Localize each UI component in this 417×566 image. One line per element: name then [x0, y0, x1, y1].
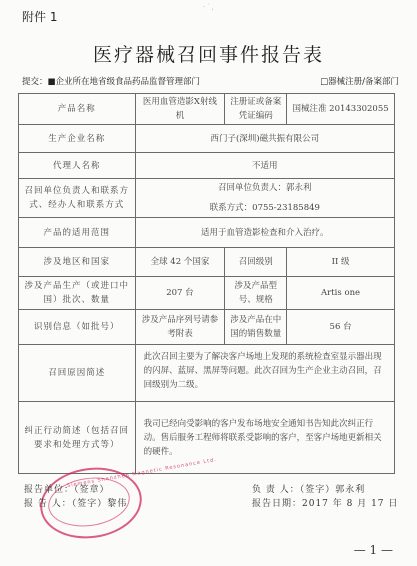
submit-provincial-option: 提交：■企业所在地省级食品药品监督管理部门: [22, 75, 200, 87]
reason-value: 此次召回主要为了解决客户场地上发现的系统检查室显示器出现的闪屏、蓝屏、黑屏等问题…: [135, 345, 394, 402]
footer-left: 报告单位：（签章） 报 告 人：（签字）黎伟: [24, 483, 127, 511]
recall-level-label: 召回级别: [225, 248, 287, 277]
china-sales-value: 56 台: [287, 310, 395, 345]
agent-value: 不适用: [135, 153, 394, 179]
model-value: Artis one: [287, 277, 395, 310]
page-number: — 1 —: [354, 543, 393, 557]
footer-right: 负 责 人：（签字）郭永利 报告日期：2017 年 8 月 17 日: [252, 483, 398, 511]
manufacturer-label: 生产企业名称: [19, 125, 136, 153]
scope-value: 适用于血管造影检查和介入治疗。: [135, 218, 394, 248]
page-title: 医疗器械召回事件报告表: [0, 40, 417, 67]
responsible-person: 负 责 人：（签字）郭永利: [252, 483, 398, 497]
ident-label: 识别信息（如批号）: [19, 310, 136, 345]
contact-label: 召回单位负责人和联系方式、经办人和联系方式: [19, 179, 136, 218]
row-agent: 代理人名称 不适用: [19, 153, 395, 179]
submit-registration-option: □器械注册/备案部门: [320, 75, 399, 87]
row-contact: 召回单位负责人和联系方式、经办人和联系方式 召回单位负责人：郭永利 联系方式：0…: [19, 179, 395, 218]
contact-value: 召回单位负责人：郭永利 联系方式：0755-23185849: [135, 179, 394, 218]
row-region: 涉及地区和国家 全球 42 个国家 召回级别 II 级: [19, 248, 395, 277]
reporter: 报 告 人：（签字）黎伟: [24, 497, 127, 511]
report-unit: 报告单位：（签章）: [24, 483, 127, 497]
product-name-value: 医用血管造影X射线机: [135, 94, 225, 125]
contact-person: 召回单位负责人：郭永利: [140, 181, 390, 195]
agent-label: 代理人名称: [19, 153, 136, 179]
ident-value: 涉及产品序列号请参考附表: [135, 310, 225, 345]
row-manufacturer: 生产企业名称 西门子(深圳)磁共振有限公司: [19, 125, 395, 153]
batch-label: 涉及产品生产（或进口中国）批次、数量: [19, 277, 136, 310]
handwritten-mark: · ˙ ,: [203, 4, 233, 34]
row-product-name: 产品名称 医用血管造影X射线机 注册证或备案凭证编码 国械注准 20143302…: [19, 94, 395, 125]
china-sales-label: 涉及产品在中国的销售数量: [225, 310, 287, 345]
row-scope: 产品的适用范围 适用于血管造影检查和介入治疗。: [19, 218, 395, 248]
action-label: 纠正行动简述（包括召回要求和处理方式等）: [19, 402, 136, 474]
region-label: 涉及地区和国家: [19, 248, 136, 277]
manufacturer-value: 西门子(深圳)磁共振有限公司: [135, 125, 394, 153]
registration-label: 注册证或备案凭证编码: [225, 94, 287, 125]
report-date: 报告日期：2017 年 8 月 17 日: [252, 497, 398, 511]
annex-label: 附件 1: [22, 8, 57, 25]
contact-phone: 联系方式：0755-23185849: [140, 201, 390, 215]
recall-report-table: 产品名称 医用血管造影X射线机 注册证或备案凭证编码 国械注准 20143302…: [18, 93, 395, 474]
recall-level-value: II 级: [287, 248, 395, 277]
row-identification: 识别信息（如批号） 涉及产品序列号请参考附表 涉及产品在中国的销售数量 56 台: [19, 310, 395, 345]
row-batch: 涉及产品生产（或进口中国）批次、数量 207 台 涉及产品型号、规格 Artis…: [19, 277, 395, 310]
product-name-label: 产品名称: [19, 94, 136, 125]
reason-label: 召回原因简述: [19, 345, 136, 402]
batch-value: 207 台: [135, 277, 225, 310]
registration-value: 国械注准 20143302055: [287, 94, 395, 125]
region-value: 全球 42 个国家: [135, 248, 225, 277]
scope-label: 产品的适用范围: [19, 218, 136, 248]
model-label: 涉及产品型号、规格: [225, 277, 287, 310]
action-value: 我司已经向受影响的客户发布场地安全通知书告知此次纠正行动。售后服务工程师将联系受…: [135, 402, 394, 474]
row-reason: 召回原因简述 此次召回主要为了解决客户场地上发现的系统检查室显示器出现的闪屏、蓝…: [19, 345, 395, 402]
